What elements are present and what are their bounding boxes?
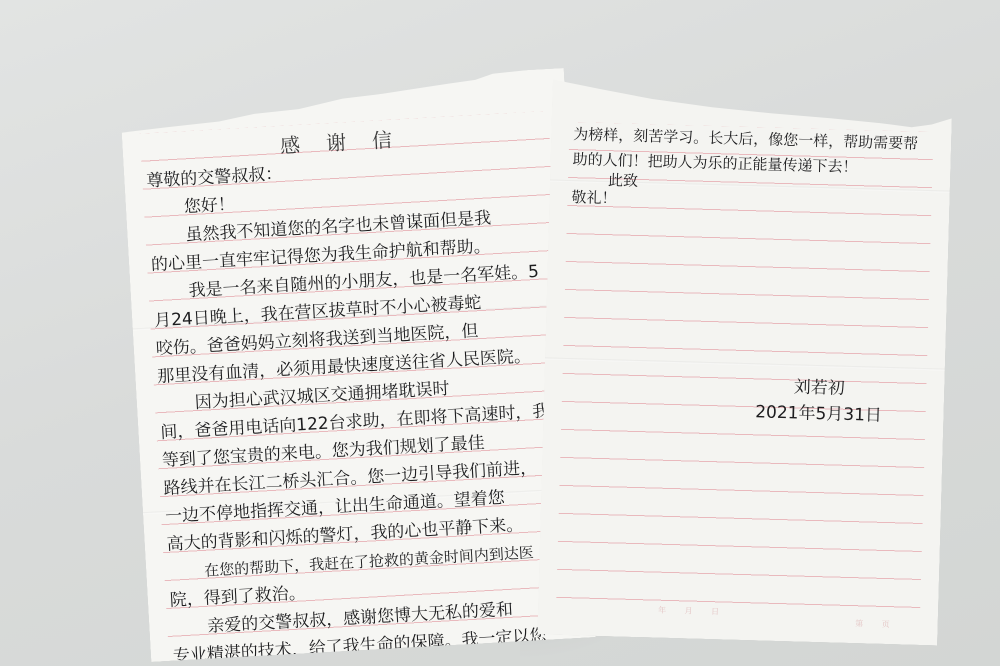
letter-page-2: 为榜样，刻苦学习。长大后，像您一样，帮助需要帮 助的人们！把助人为乐的正能量传递… <box>537 80 952 646</box>
letter-body-continued: 为榜样，刻苦学习。长大后，像您一样，帮助需要帮 助的人们！把助人为乐的正能量传递… <box>571 120 937 216</box>
footer-page-mark: 第 页 <box>855 618 898 630</box>
letter-body: 感谢信 尊敬的交警叔叔： 您好！ 虽然我不知道您的名字也未曾谋面但是我 的心里一… <box>144 117 582 666</box>
letter-page-1: 感谢信 尊敬的交警叔叔： 您好！ 虽然我不知道您的名字也未曾谋面但是我 的心里一… <box>119 68 595 662</box>
signature-date: 2021年5月31日 <box>733 399 904 430</box>
footer-date-mark: 年 月 日 <box>658 605 727 618</box>
signature-block: 刘若初 2021年5月31日 <box>733 373 904 430</box>
